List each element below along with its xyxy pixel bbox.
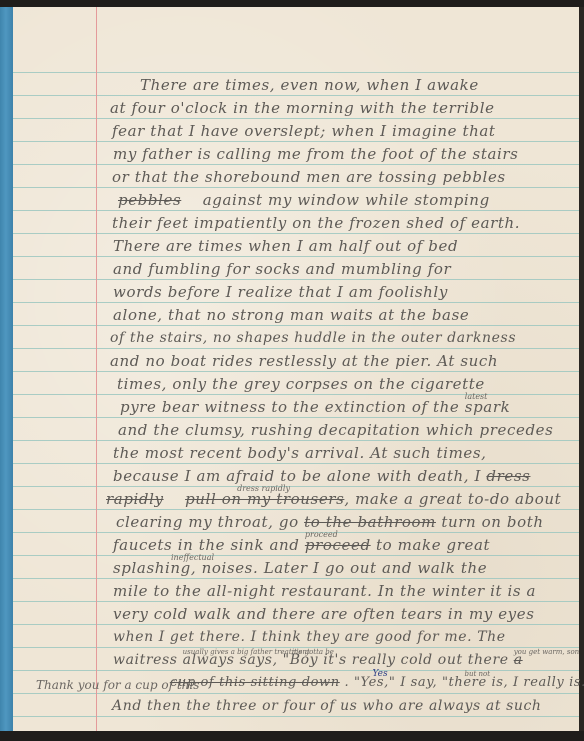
- rule-line: [13, 693, 579, 694]
- rule-line: [13, 486, 579, 487]
- scan-right-edge: [579, 7, 584, 731]
- rule-line: [13, 394, 579, 395]
- manuscript-line: and the clumsy, rushing decapitation whi…: [118, 421, 553, 439]
- rule-line: [13, 601, 579, 602]
- deleted-word: rapidly: [106, 490, 164, 508]
- rule-line: [13, 417, 579, 418]
- line-text: noises. Later I go out and walk the: [202, 559, 488, 577]
- line-text: against my window while stomping: [203, 191, 490, 209]
- line-text-with-insertion: proceedproceed: [305, 536, 371, 554]
- interlinear-insertion-blue-ink: Yes: [372, 665, 387, 683]
- line-text: pyre bear witness to the extinction of t…: [120, 398, 459, 416]
- manuscript-line: and no boat rides restlessly at the pier…: [110, 352, 498, 370]
- deleted-word: dress: [486, 467, 530, 485]
- red-margin-line: [96, 7, 97, 731]
- interlinear-insertion: latest: [465, 388, 488, 406]
- rule-line: [13, 440, 579, 441]
- rule-line: [13, 578, 579, 579]
- manuscript-line: faucets in the sink and proceedproceed t…: [113, 536, 490, 554]
- interlinear-insertion: you get warm, son: [514, 643, 579, 661]
- manuscript-line: because I am afraid to be alone with dea…: [113, 467, 530, 485]
- rule-line: [13, 279, 579, 280]
- manuscript-line: their feet impatiently on the frozen she…: [112, 214, 520, 232]
- interlinear-insertion: but not: [464, 665, 490, 683]
- manuscript-line: or that the shorebound men are tossing p…: [112, 168, 506, 186]
- manuscript-line: very cold walk and there are often tears…: [113, 605, 535, 623]
- manuscript-line: cup of this sitting down Yesbut not. "Ye…: [170, 674, 584, 692]
- rule-line: [13, 118, 579, 119]
- line-text: clearing my throat, go: [116, 513, 299, 531]
- line-text: waitress: [113, 652, 178, 668]
- rule-line: [13, 555, 579, 556]
- scan-bottom-edge: [0, 731, 584, 741]
- manuscript-line: fear that I have overslept; when I imagi…: [112, 122, 496, 140]
- scan-top-edge: [0, 0, 584, 7]
- rule-line: [13, 532, 579, 533]
- manuscript-line: at four o'clock in the morning with the …: [110, 99, 495, 117]
- manuscript-line: pyre bear witness to the extinction of t…: [120, 398, 510, 416]
- line-text-with-insertion: ineffectualsplashing,: [113, 559, 196, 577]
- manuscript-line: the most recent body's arrival. At such …: [113, 444, 487, 462]
- rule-line: [13, 95, 579, 96]
- rule-line: [13, 463, 579, 464]
- line-text-with-insertion: Yesbut not. "Yes," I say, "there is, I r…: [344, 675, 584, 690]
- interlinear-insertion: usually gives a big father treatment: [183, 643, 310, 661]
- interlinear-insertion: proceed: [305, 526, 338, 544]
- manuscript-line: waitress usually gives a big father trea…: [113, 651, 523, 669]
- line-text: because I am afraid to be alone with dea…: [113, 467, 481, 485]
- rule-line: [13, 670, 579, 671]
- manuscript-line: times, only the grey corpses on the ciga…: [117, 375, 485, 393]
- manuscript-line: pebbles against my window while stomping: [118, 191, 490, 209]
- manuscript-line: There are times when I am half out of be…: [113, 237, 458, 255]
- manuscript-line: my father is calling me from the foot of…: [113, 145, 518, 163]
- line-text-with-insertion: latestspark: [465, 398, 511, 416]
- manuscript-line: words before I realize that I am foolish…: [113, 283, 448, 301]
- manuscript-line: There are times, even now, when I awake: [140, 76, 479, 94]
- deleted-word: you get warm, sona: [514, 652, 523, 668]
- rule-line: [13, 141, 579, 142]
- manuscript-line: mile to the all-night restaurant. In the…: [113, 582, 536, 600]
- manuscript-line: of the stairs, no shapes huddle in the o…: [110, 329, 516, 347]
- rule-line: [13, 164, 579, 165]
- manuscript-line: ineffectualsplashing, noises. Later I go…: [113, 559, 487, 577]
- rule-line: [13, 716, 579, 717]
- rule-line: [13, 72, 579, 73]
- line-text: turn on both: [441, 513, 543, 531]
- manuscript-line: alone, that no strong man waits at the b…: [113, 306, 469, 324]
- rule-line: [13, 348, 579, 349]
- rule-line: [13, 233, 579, 234]
- rule-line: [13, 210, 579, 211]
- manuscript-line: rapidly dress rapidlypull on my trousers…: [106, 490, 561, 508]
- rule-line: [13, 325, 579, 326]
- deleted-phrase: cup of this sitting down: [170, 675, 340, 690]
- deleted-phrase: dress rapidlypull on my trousers: [185, 490, 344, 508]
- interlinear-insertion: it's gotta be: [292, 643, 334, 661]
- manuscript-line: And then the three or four of us who are…: [112, 697, 542, 715]
- rule-line: [13, 509, 579, 510]
- rule-line: [13, 302, 579, 303]
- deleted-word: pebbles: [118, 191, 181, 209]
- rule-line: [13, 371, 579, 372]
- rule-line: [13, 624, 579, 625]
- notebook-binding-strip: [0, 7, 13, 731]
- line-text: , make a great to-do about: [344, 490, 561, 508]
- manuscript-line: and fumbling for socks and mumbling for: [113, 260, 451, 278]
- rule-line: [13, 256, 579, 257]
- interlinear-insertion: dress rapidly: [237, 480, 290, 498]
- line-text: to make great: [376, 536, 490, 554]
- rule-line: [13, 187, 579, 188]
